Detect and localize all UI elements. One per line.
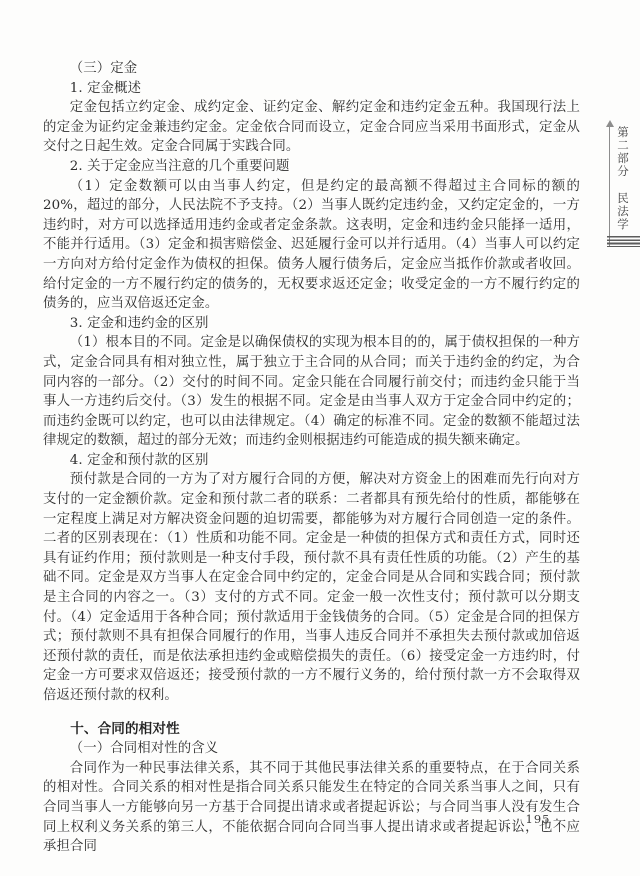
book-page: （三）定金 1. 定金概述 定金包括立约定金、成约定金、证约定金、解约定金和违约… (0, 0, 640, 876)
paragraph-important-issues: （1）定金数额可以由当事人约定，但是约定的最高额不得超过主合同标的额的 20%，… (43, 177, 580, 314)
paragraph-deposit-overview: 定金包括立约定金、成约定金、证约定金、解约定金和违约定金五种。我国现行法上的定金… (43, 98, 580, 157)
item-heading-deposit-vs-penalty: 3. 定金和违约金的区别 (43, 314, 580, 334)
paragraph-privity-meaning: 合同作为一种民事法律关系，其不同于其他民事法律关系的重要特点，在于合同关系的相对… (43, 759, 580, 857)
section-heading-privity: 十、合同的相对性 (43, 720, 580, 740)
arrow-up-icon (606, 120, 614, 127)
item-heading-important-issues: 2. 关于定金应当注意的几个重要问题 (43, 157, 580, 177)
paragraph-deposit-vs-advance: 预付款是合同的一方为了对方履行合同的方便，解决对方资金上的困难而先行向对方支付的… (43, 470, 580, 705)
item-heading-overview: 1. 定金概述 (43, 79, 580, 99)
page-number: · 195 · (505, 812, 571, 826)
paragraph-deposit-vs-penalty: （1）根本目的不同。定金是以确保债权的实现为根本目的的，属于债权担保的一种方式，… (43, 333, 580, 451)
part-label: 第二部分 (615, 126, 631, 178)
body-text: （三）定金 1. 定金概述 定金包括立约定金、成约定金、证约定金、解约定金和违约… (43, 59, 580, 857)
item-heading-deposit-vs-advance: 4. 定金和预付款的区别 (43, 451, 580, 471)
ruler-lines-decoration (607, 236, 640, 247)
subsection-heading-deposit: （三）定金 (43, 59, 580, 79)
subsection-heading-privity-meaning: （一）合同相对性的含义 (43, 739, 580, 759)
margin-rule-line (609, 127, 610, 247)
subject-label: 民法学 (615, 192, 631, 231)
